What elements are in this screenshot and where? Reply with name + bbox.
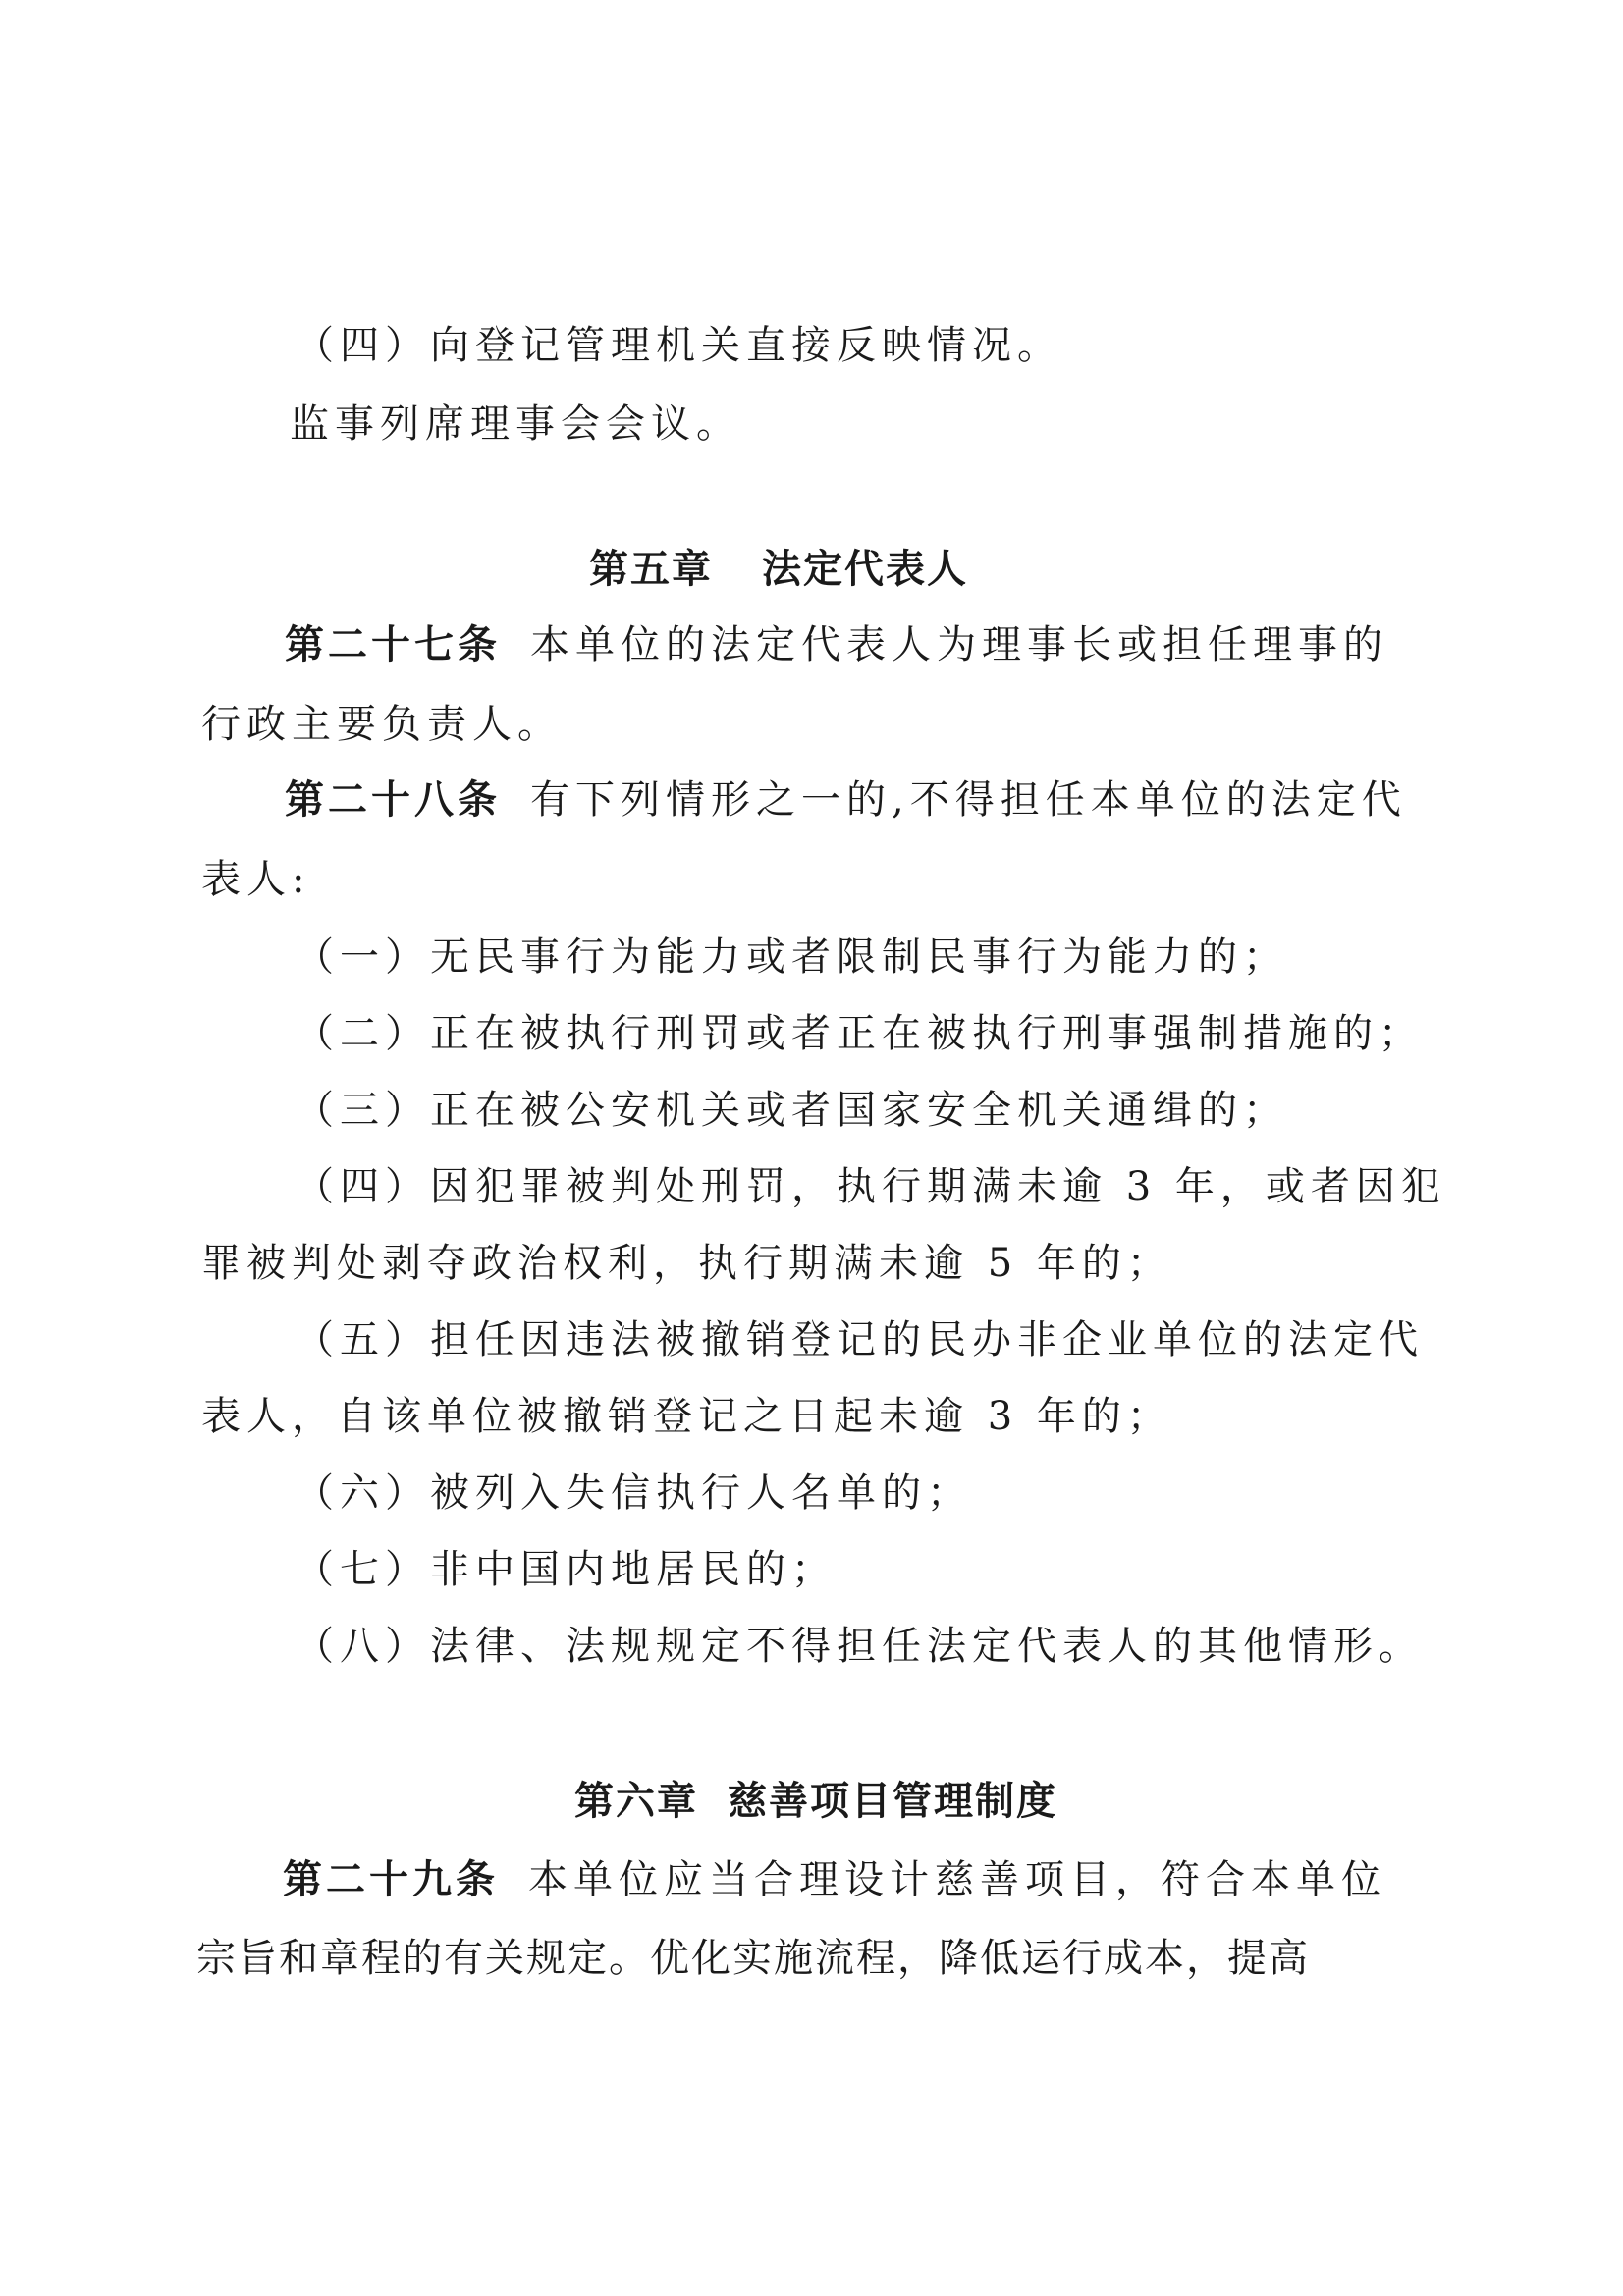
- list-item-continuation: 表人，自该单位被撤销登记之日起未逾 3 年的；: [201, 1393, 1172, 1440]
- article-27: 第二十七条本单位的法定代表人为理事长或担任理事的: [285, 621, 1388, 668]
- article-text: 本单位的法定代表人为理事长或担任理事的: [530, 622, 1388, 667]
- paragraph-line: （四）向登记管理机关直接反映情况。: [295, 322, 1062, 369]
- list-item: （二）正在被执行刑罚或者正在被执行刑事强制措施的；: [295, 1010, 1424, 1057]
- article-text: 有下列情形之一的,不得担任本单位的法定代: [530, 777, 1407, 823]
- list-item: （七）非中国内地居民的；: [295, 1546, 837, 1593]
- article-text: 本单位应当合理设计慈善项目，符合本单位: [528, 1857, 1386, 1902]
- list-item: （八）法律、法规规定不得担任法定代表人的其他情形。: [295, 1623, 1424, 1670]
- article-28: 第二十八条有下列情形之一的,不得担任本单位的法定代: [285, 776, 1407, 824]
- article-label: 第二十九条: [283, 1857, 499, 1902]
- list-item: （五）担任因违法被撤销登记的民办非企业单位的法定代: [295, 1316, 1424, 1363]
- article-29-continuation: 宗旨和章程的有关规定。优化实施流程，降低运行成本，提高: [196, 1935, 1310, 1982]
- chapter-heading: 第六章慈善项目管理制度: [574, 1778, 1057, 1825]
- chapter-heading: 第五章法定代表人: [589, 546, 968, 593]
- paragraph-line: 监事列席理事会会议。: [290, 400, 741, 448]
- list-item: （三）正在被公安机关或者国家安全机关通缉的；: [295, 1087, 1288, 1134]
- article-27-continuation: 行政主要负责人。: [201, 701, 563, 748]
- chapter-number: 第五章: [589, 547, 713, 592]
- list-item: （一）无民事行为能力或者限制民事行为能力的；: [295, 934, 1288, 981]
- article-label: 第二十七条: [285, 622, 501, 667]
- chapter-number: 第六章: [574, 1779, 698, 1824]
- chapter-title: 慈善项目管理制度: [728, 1779, 1057, 1824]
- chapter-title: 法定代表人: [762, 547, 968, 592]
- list-item: （四）因犯罪被判处刑罚，执行期满未逾 3 年，或者因犯: [295, 1163, 1446, 1210]
- list-item: （六）被列入失信执行人名单的；: [295, 1469, 972, 1517]
- article-label: 第二十八条: [285, 777, 501, 823]
- article-29: 第二十九条本单位应当合理设计慈善项目，符合本单位: [283, 1856, 1386, 1903]
- list-item-continuation: 罪被判处剥夺政治权利，执行期满未逾 5 年的；: [201, 1240, 1172, 1287]
- article-28-continuation: 表人:: [201, 856, 310, 903]
